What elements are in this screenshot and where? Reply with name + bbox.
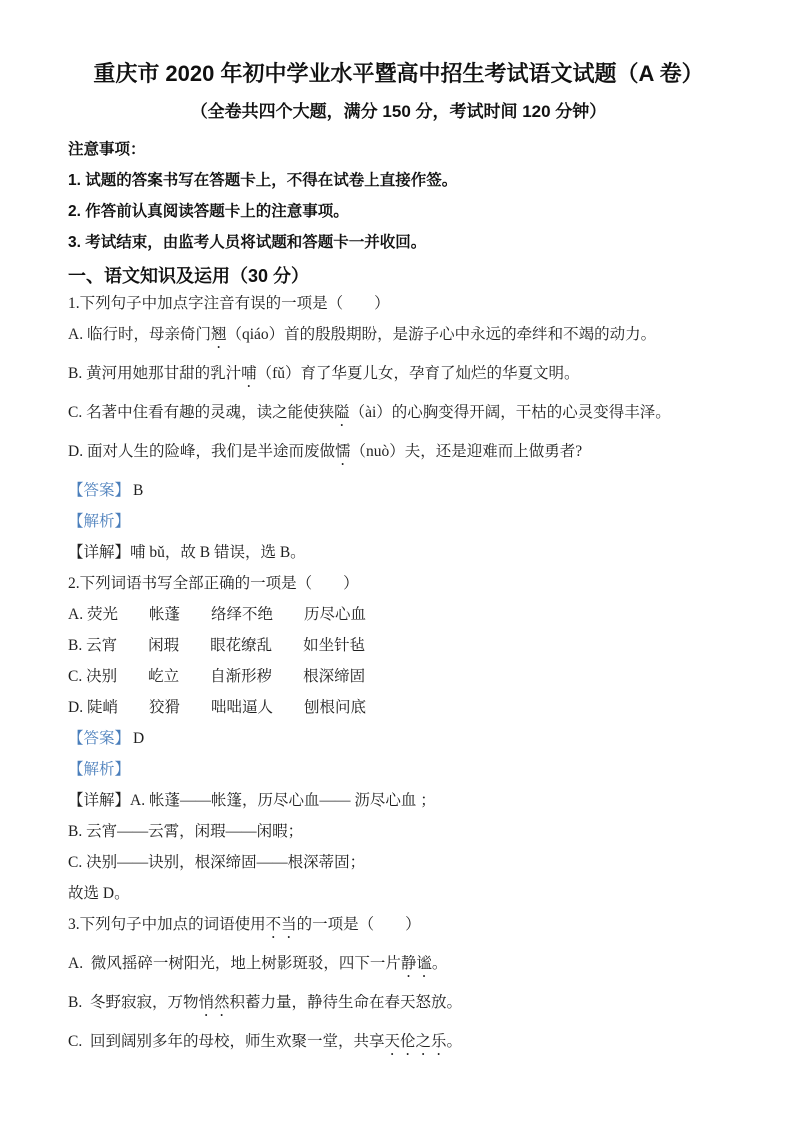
exam-document-page: 重庆市 2020 年初中学业水平暨高中招生考试语文试题（A 卷） （全卷共四个大… [0, 0, 793, 1122]
exam-subtitle: （全卷共四个大题，满分 150 分，考试时间 120 分钟） [68, 100, 729, 124]
q2-detail-3: C. 决别——诀别，根深缔固——根深蒂固； [68, 854, 729, 872]
q1-analysis-label: 【解析】 [68, 513, 130, 530]
q3-stem-post: 的一项是（ ） [297, 916, 421, 933]
q1-option-d: D. 面对人生的险峰，我们是半途而废做懦（nuò）夫，还是迎难而上做勇者? [68, 443, 729, 469]
q1-option-a-emphasis: 翘 [211, 326, 227, 343]
notice-item-3: 3. 考试结束，由监考人员将试题和答题卡一并收回。 [68, 233, 729, 253]
q1-option-c: C. 名著中住看有趣的灵魂，读之能使狭隘（ài）的心胸变得开阔，干枯的心灵变得丰… [68, 404, 729, 430]
q1-option-a: A. 临行时，母亲倚门翘（qiáo）首的殷殷期盼，是游子心中永远的牵绊和不竭的动… [68, 326, 729, 352]
q3-option-a: A. 微风摇碎一树阳光，地上树影斑驳，四下一片静谧。 [68, 955, 729, 981]
q1-answer-label: 【答案】 [68, 482, 130, 499]
q3-option-c: C. 回到阔别多年的母校，师生欢聚一堂，共享天伦之乐。 [68, 1033, 729, 1059]
q3-stem-pre: 3.下列句子中加点的词语使用 [68, 916, 266, 933]
q1-answer-value: B [133, 482, 143, 499]
q1-detail: 【详解】哺 bǔ，故 B 错误，选 B。 [68, 544, 729, 562]
q2-answer-label: 【答案】 [68, 730, 130, 747]
notice-item-1: 1. 试题的答案书写在答题卡上，不得在试卷上直接作签。 [68, 171, 729, 191]
q2-analysis-row: 【解析】 [68, 761, 729, 779]
q2-answer-row: 【答案】D [68, 730, 729, 748]
q2-stem: 2.下列词语书写全部正确的一项是（ ） [68, 575, 729, 593]
q2-analysis-label: 【解析】 [68, 761, 130, 778]
q1-option-b: B. 黄河用她那甘甜的乳汁哺（fǔ）育了华夏儿女，孕育了灿烂的华夏文明。 [68, 365, 729, 391]
q3-option-c-post: 。 [446, 1033, 462, 1050]
q2-answer-value: D [133, 730, 144, 747]
q1-option-c-pre: C. 名著中住看有趣的灵魂，读之能使狭 [68, 404, 334, 421]
q1-option-c-post: （ài）的心胸变得开阔，干枯的心灵变得丰泽。 [350, 404, 671, 421]
q1-analysis-row: 【解析】 [68, 513, 729, 531]
q2-detail-2: B. 云宵——云霄，闲瑕——闲暇； [68, 823, 729, 841]
q1-option-d-post: （nuò）夫，还是迎难而上做勇者? [350, 443, 582, 460]
q3-option-c-emphasis: 天伦之乐 [384, 1033, 446, 1050]
q3-option-a-post: 。 [432, 955, 448, 972]
q1-option-a-pre: A. 临行时，母亲倚门 [68, 326, 211, 343]
q3-option-b-emphasis: 悄然 [198, 994, 229, 1011]
q3-option-a-emphasis: 静谧 [401, 955, 432, 972]
q3-option-b-post: 积蓄力量，静待生命在春天怒放。 [229, 994, 462, 1011]
q1-answer-row: 【答案】B [68, 482, 729, 500]
q3-stem: 3.下列句子中加点的词语使用不当的一项是（ ） [68, 916, 729, 942]
q2-detail-4: 故选 D。 [68, 885, 729, 903]
q1-option-b-post: （fǔ）育了华夏儿女，孕育了灿烂的华夏文明。 [257, 365, 580, 382]
q2-option-a: A. 荧光 帐蓬 络绎不绝 历尽心血 [68, 606, 729, 624]
q2-option-d: D. 陡峭 狡猾 咄咄逼人 刨根问底 [68, 699, 729, 717]
q1-option-d-pre: D. 面对人生的险峰，我们是半途而废做 [68, 443, 335, 460]
q2-option-c: C. 决别 屹立 自渐形秽 根深缔固 [68, 668, 729, 686]
q2-detail-1: 【详解】A. 帐蓬——帐篷，历尽心血—— 沥尽心血 ； [68, 792, 729, 810]
q3-option-a-pre: A. 微风摇碎一树阳光，地上树影斑驳，四下一片 [68, 955, 401, 972]
q1-option-a-post: （qiáo）首的殷殷期盼，是游子心中永远的牵绊和不竭的动力。 [226, 326, 656, 343]
q2-option-b: B. 云宵 闲瑕 眼花缭乱 如坐针毡 [68, 637, 729, 655]
q3-stem-emphasis: 不当 [266, 916, 297, 933]
q1-option-c-emphasis: 隘 [334, 404, 350, 421]
page-title: 重庆市 2020 年初中学业水平暨高中招生考试语文试题（A 卷） [68, 58, 729, 90]
q3-option-c-pre: C. 回到阔别多年的母校，师生欢聚一堂，共享 [68, 1033, 384, 1050]
q1-stem: 1.下列句子中加点字注音有误的一项是（ ） [68, 295, 729, 313]
section-1-heading: 一、语文知识及运用（30 分） [68, 264, 729, 288]
q3-option-b-pre: B. 冬野寂寂，万物 [68, 994, 198, 1011]
notice-heading: 注意事项： [68, 140, 729, 160]
q1-option-b-emphasis: 哺 [241, 365, 257, 382]
q3-option-b: B. 冬野寂寂，万物悄然积蓄力量，静待生命在春天怒放。 [68, 994, 729, 1020]
notice-item-2: 2. 作答前认真阅读答题卡上的注意事项。 [68, 202, 729, 222]
q1-option-b-pre: B. 黄河用她那甘甜的乳汁 [68, 365, 241, 382]
q1-option-d-emphasis: 懦 [335, 443, 351, 460]
